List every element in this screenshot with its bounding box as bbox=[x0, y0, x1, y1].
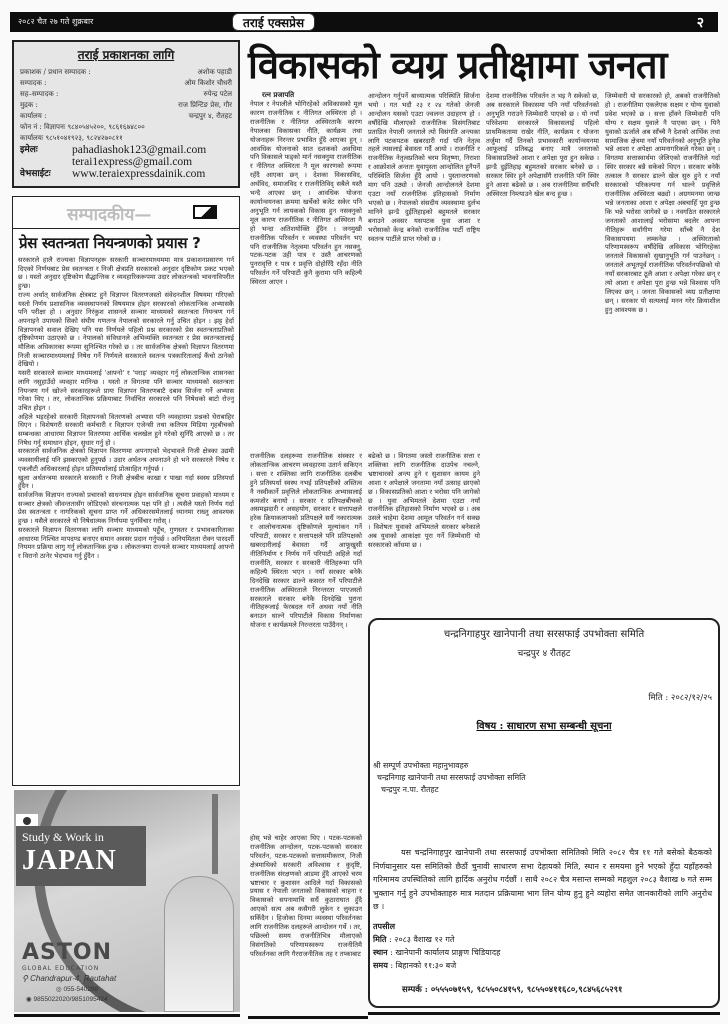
ad-mobile: ◉ 9855022020/9851095424 bbox=[26, 995, 108, 1003]
ad-tagline: Study & Work in bbox=[16, 826, 146, 845]
email-link[interactable]: pahadiashok123@gmail.com bbox=[72, 144, 206, 156]
japan-study-advertisement[interactable]: Study & Work in JAPAN ASTON GLOBAL EDUCA… bbox=[14, 790, 240, 1012]
tower-image bbox=[212, 794, 218, 874]
notice-date: मिति : २०८२/१२/२५ bbox=[648, 692, 712, 703]
notice-subject: विषय : साधारण सभा सम्बन्धी सूचना bbox=[370, 718, 718, 732]
imprint-row-publisher: प्रकाशक / प्रधान सम्पादक :अशोक पहाडी bbox=[20, 67, 232, 78]
website-link[interactable]: www.teraiexpressdainik.com bbox=[72, 168, 205, 180]
imprint-box: तराई प्रकाशनका लागि प्रकाशक / प्रधान सम्… bbox=[12, 40, 240, 188]
detail-row-venue: स्थान : खानेपानी कार्यालय प्राङ्गण चिडिय… bbox=[373, 946, 500, 959]
imprint-heading: तराई प्रकाशनका लागि bbox=[20, 46, 232, 63]
article-column-3: देशमा राजनीतिक परिवर्तन त भइ नै सकेको छ,… bbox=[486, 92, 599, 612]
ad-brand-sub: GLOBAL EDUCATION bbox=[22, 965, 99, 972]
divider-rule bbox=[368, 1012, 720, 1015]
imprint-office-phone: कार्यालयः ९८५१०४१९२३, ९८२४२७०८११ bbox=[20, 133, 232, 144]
editorial-paragraph: सरकारले हालै राज्यका विज्ञापनहरू सरकारी … bbox=[18, 256, 234, 291]
editorial-paragraph: खुला अर्थतन्त्रमा सरकारले सरकारी र निजी … bbox=[18, 474, 234, 491]
ad-phone: ◎ 055-540288 bbox=[56, 985, 98, 993]
student-photo bbox=[164, 876, 234, 1012]
page-number: २ bbox=[697, 13, 704, 32]
imprint-row-coeditor: सह–सम्पादक :रुपेन्द्र पटेल bbox=[20, 89, 232, 100]
divider-rule bbox=[14, 1014, 240, 1017]
public-notice: चन्द्रनिगाहपुर खानेपानी तथा सरसफाई उपभोक… bbox=[368, 618, 720, 1008]
imprint-phone: फोन नं : विज्ञापनः ९८४०५४५२००, ९८६१६७४८०… bbox=[20, 122, 232, 133]
editorial-title: प्रेस स्वतन्त्रता नियन्त्रणको प्रयास ? bbox=[13, 229, 239, 256]
notice-organization: चन्द्रनिगाहपुर खानेपानी तथा सरसफाई उपभोक… bbox=[370, 626, 718, 640]
editorial-body: सरकारले हालै राज्यका विज्ञापनहरू सरकारी … bbox=[13, 256, 239, 561]
divider-rule bbox=[248, 1016, 368, 1019]
notice-contact: सम्पर्क : ०५५५०७१५९, ९८५५०८४१५९, ९८५५०४१… bbox=[402, 984, 622, 995]
editorial-paragraph: राज्य अर्थात् सार्वजनिक क्षेत्रबाट हुने … bbox=[18, 291, 234, 369]
notice-details: तपसील मिति : २०८३ वैशाख १२ गते स्थान : ख… bbox=[373, 920, 500, 972]
lead-headline: विकासको व्यग्र प्रतीक्षामा जनता bbox=[248, 40, 720, 90]
ad-brand: ASTON bbox=[22, 940, 112, 965]
newspaper-page: २०८२ चैत २७ गते शुक्रबार तराई एक्सप्रेस … bbox=[0, 0, 728, 1024]
imprint-website: वेभसाईटःwww.teraiexpressdainik.com bbox=[20, 168, 232, 180]
imprint-email-2: terai1express@gmail.com bbox=[20, 156, 232, 168]
editorial-label: सम्पादकीय— bbox=[67, 202, 151, 225]
email-link[interactable]: terai1express@gmail.com bbox=[72, 156, 192, 168]
imprint-row-editor: सम्पादक :ओम किशोर चौधरी bbox=[20, 78, 232, 89]
editorial-paragraph: सार्वजनिक विज्ञापन राज्यको प्रचारको साधन… bbox=[18, 491, 234, 526]
imprint-email-1: इमेलःpahadiashok123@gmail.com bbox=[20, 144, 232, 156]
editorial-banner: सम्पादकीय— bbox=[13, 197, 239, 229]
notice-location: चन्द्रपुर ४ रौतहट bbox=[370, 646, 718, 659]
detail-row-date: मिति : २०८३ वैशाख १२ गते bbox=[373, 933, 500, 946]
imprint-row-printer: मुद्रक :राज प्रिन्टिङ प्रेस, गौर bbox=[20, 100, 232, 111]
pen-icon bbox=[193, 205, 217, 219]
notice-addressee: श्री सम्पूर्ण उपभोक्ता महानुभावहरु चन्द्… bbox=[373, 760, 526, 796]
ad-title-box: Study & Work in JAPAN bbox=[16, 826, 146, 886]
article-column-1: नेपाल र नेपालीले भोगिरहेको अविकासको मूल … bbox=[250, 100, 362, 450]
editorial-paragraph: सरकारले विज्ञापन वितरणका लागि सञ्चार माध… bbox=[18, 526, 234, 561]
imprint-row-office: कार्यालय :चन्द्रपुर ४, रौतहट bbox=[20, 111, 232, 122]
editorial-box: सम्पादकीय— प्रेस स्वतन्त्रता नियन्त्रणको… bbox=[12, 196, 240, 786]
issue-date: २०८२ चैत २७ गते शुक्रबार bbox=[18, 16, 93, 27]
ad-country: JAPAN bbox=[16, 845, 146, 877]
byline: रत्न प्रजापति bbox=[262, 90, 294, 100]
location-pin-icon: ⚲ bbox=[22, 974, 30, 983]
article-column-4: जिम्मेवारी यो सरकारको हो, अबको राजनीतिको… bbox=[605, 92, 720, 612]
notice-body: यस चन्द्रनिगाहपुर खानेपानी तथा सरसफाई उप… bbox=[373, 846, 712, 914]
details-heading: तपसील bbox=[373, 921, 395, 931]
masthead-bar: २०८२ चैत २७ गते शुक्रबार तराई एक्सप्रेस … bbox=[10, 12, 718, 32]
detail-row-time: समय : बिहानको ११:३० बजे bbox=[373, 959, 500, 972]
paper-title: तराई एक्सप्रेस bbox=[232, 13, 315, 31]
article-column-2b: बढेको छ । विगतमा जस्तो राजनीतिक सत्ता र … bbox=[368, 452, 480, 612]
editorial-paragraph: अहिले भइरहेको सरकारी विज्ञापनको वितरणको … bbox=[18, 413, 234, 448]
article-column-2: आन्दोलन गर्नुपर्ने बाध्यात्मक परिस्थिति … bbox=[368, 92, 480, 450]
editorial-paragraph: यसरी सरकारले सञ्चार माध्यमलाई 'आफ्नो' र … bbox=[18, 369, 234, 413]
ad-address: ⚲ Chandrapur-4, Rautahat bbox=[22, 974, 116, 983]
article-column-1c: होस् भन्ने चाहेर आएका थिए । पटक-पटकको रा… bbox=[250, 834, 362, 1016]
editorial-paragraph: सरकारले सार्वजनिक क्षेत्रको विज्ञापन वित… bbox=[18, 447, 234, 473]
article-column-1b: राजनीतिक दलहरूमा राजनीतिक संस्कार र लोकत… bbox=[250, 452, 362, 832]
